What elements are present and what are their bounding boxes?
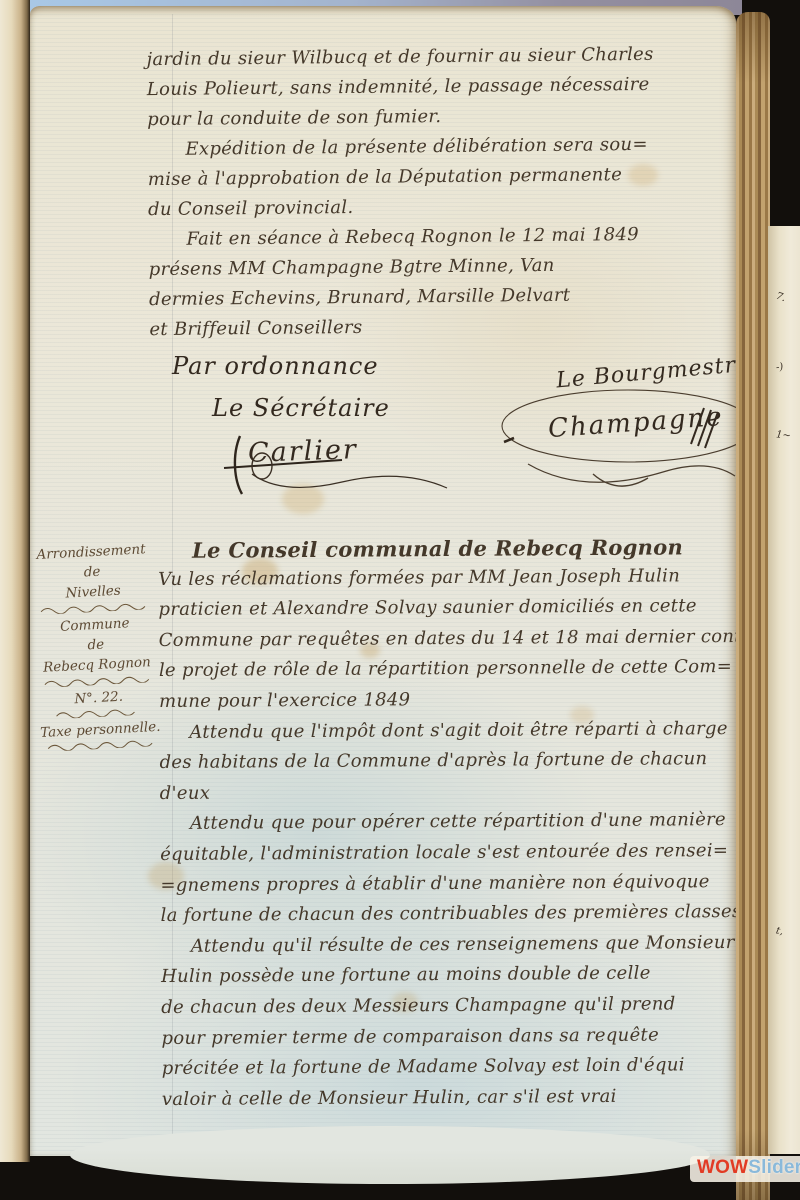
secretary-title: Le Sécrétaire [212,394,390,422]
text-line: d'eux [160,779,740,814]
margin-annotations: ArrondissementdeNivelles CommunedeRebecq… [23,539,170,756]
text-line: Attendu que l'impôt dont s'agit doit êtr… [159,718,739,753]
signature-by-order-label: Par ordonnance [172,352,379,380]
watermark-slider-text: Slider [748,1157,800,1178]
text-line: et Briffeuil Conseillers [149,313,745,349]
text-line: le projet de rôle de la répartition pers… [159,656,739,691]
text-line: la fortune de chacun des contribuables d… [161,901,741,936]
text-line: précitée et la fortune de Madame Solvay … [162,1054,742,1089]
text-line: Attendu que pour opérer cette répartitio… [160,809,740,844]
watermark-wow-text: WOW [697,1157,748,1178]
margin-case-number: N°. 22. [30,684,167,711]
deliberation-main-text: Le Conseil communal de Rebecq RognonVu l… [158,534,742,1119]
ink-mark: 1~ [775,429,791,441]
wowslider-watermark: WOWSlider [690,1156,800,1182]
text-line: Attendu qu'il résulte de ces renseigneme… [161,932,741,967]
text-line: pour premier terme de comparaison dans s… [161,1023,741,1058]
book-fore-edge [736,12,770,1200]
text-line: Hulin possède une fortune au moins doubl… [161,962,741,997]
text-line: Le Conseil communal de Rebecq Rognon [158,534,738,569]
photographed-manuscript-page: jardin du sieur Wilbucq et de fournir au… [0,0,800,1200]
text-line: Vu les réclamations formées par MM Jean … [158,565,738,600]
ink-mark: -) [775,362,784,374]
text-line: =gnemens propres à établir d'une manière… [160,871,740,906]
secretary-signature-flourish [222,430,452,500]
text-line: Commune par requêtes en dates du 14 et 1… [159,626,739,661]
page-bottom-curved-edge [70,1126,710,1184]
margin-arrondissement: ArrondissementdeNivelles [23,539,162,606]
ink-mark: 7. [775,291,787,304]
text-line: mune pour l'exercice 1849 [159,687,739,722]
margin-commune: CommunedeRebecq Rognon [26,611,165,678]
text-line: équitable, l'administration locale s'est… [160,840,740,875]
text-line: des habitans de la Commune d'après la fo… [159,748,739,783]
text-line: praticien et Alexandre Solvay saunier do… [158,595,738,630]
burgomaster-signature-flourish [498,382,763,494]
text-line: valoir à celle de Monsieur Hulin, car s'… [162,1085,742,1120]
facing-page-edge: 7.-)1~t, [768,226,800,1154]
deliberation-closing-text: jardin du sieur Wilbucq et de fournir au… [146,43,745,349]
text-line: de chacun des deux Messieurs Champagne q… [161,993,741,1028]
ink-mark: t, [775,925,784,937]
